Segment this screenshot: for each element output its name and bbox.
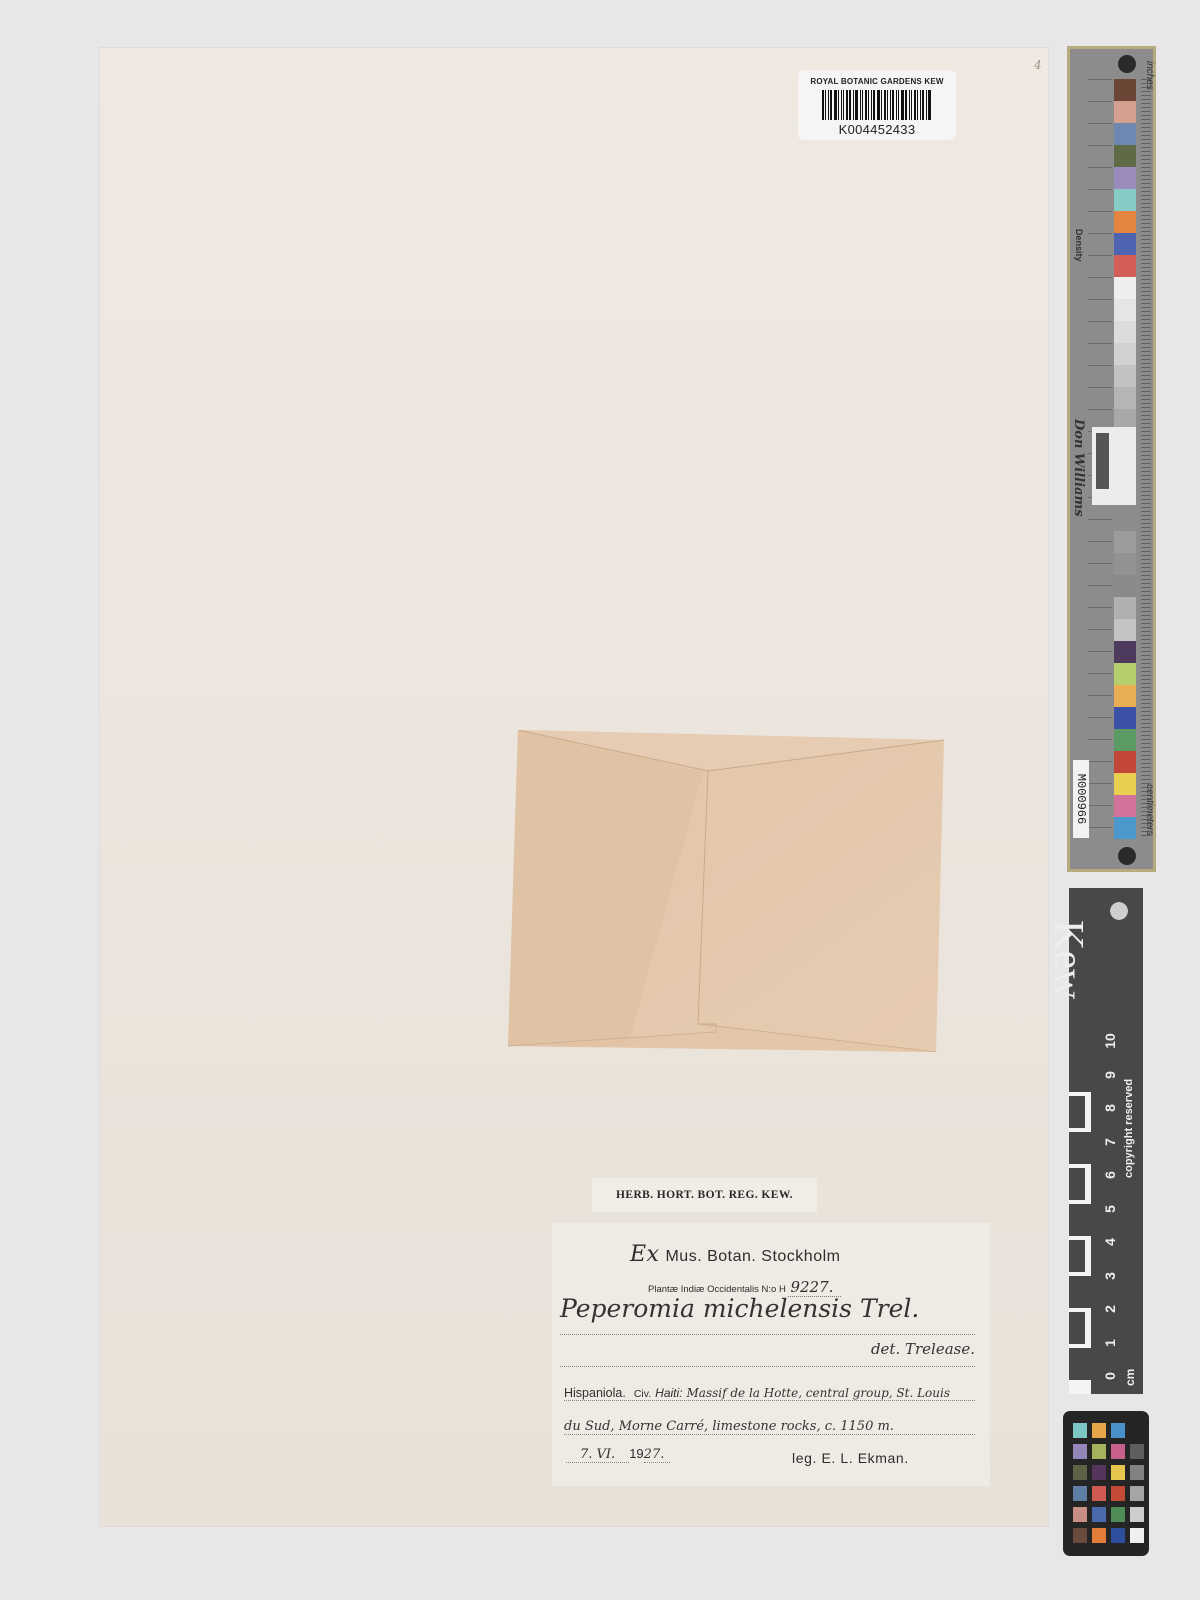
ruler-id-label: M000966 xyxy=(1073,760,1089,838)
institution-name: ROYAL BOTANIC GARDENS KEW xyxy=(810,77,943,86)
date-day-month: 7. VI. xyxy=(566,1447,629,1463)
ex-mark: Ex xyxy=(630,1242,659,1267)
checker-patch xyxy=(1130,1507,1144,1522)
checker-patch xyxy=(1092,1486,1106,1501)
colour-swatch xyxy=(1114,79,1136,101)
colour-swatch xyxy=(1114,707,1136,729)
kew-wordmark: Kew xyxy=(1047,920,1089,999)
checker-patch xyxy=(1092,1507,1106,1522)
checker-patch xyxy=(1130,1486,1144,1501)
colour-swatch xyxy=(1114,233,1136,255)
checker-patch xyxy=(1073,1486,1087,1501)
barcode-number: K004452433 xyxy=(839,122,916,137)
ruler-scale-ticks xyxy=(1141,79,1151,839)
colour-swatch xyxy=(1114,387,1136,409)
checker-patch xyxy=(1111,1465,1125,1480)
cm-label: cm xyxy=(1123,1369,1137,1386)
colour-swatch xyxy=(1114,641,1136,663)
scale-number: 7 xyxy=(1102,1131,1118,1153)
colour-swatch xyxy=(1114,167,1136,189)
scale-number: 6 xyxy=(1102,1164,1118,1186)
kew-logo-text: Kew xyxy=(1047,920,1089,999)
kew-crest-icon xyxy=(1099,896,1139,926)
species-name: Peperomia michelensis Trel. xyxy=(560,1294,975,1335)
colour-swatch xyxy=(1114,211,1136,233)
civ-label: Civ. xyxy=(634,1388,651,1400)
colour-swatch xyxy=(1114,145,1136,167)
country: Haiti: xyxy=(655,1386,682,1400)
checker-patch xyxy=(1092,1444,1106,1459)
locality-line-1: Hispaniola. Civ. Haiti: Massif de la Hot… xyxy=(564,1370,975,1401)
collection-date: 7. VI.1927. xyxy=(566,1446,670,1462)
checker-patch xyxy=(1073,1507,1087,1522)
centimeters-label: centimeters xyxy=(1144,784,1155,836)
scale-number: 4 xyxy=(1102,1231,1118,1253)
checker-patch xyxy=(1111,1486,1125,1501)
region: Hispaniola. xyxy=(564,1386,626,1400)
colour-swatch xyxy=(1114,299,1136,321)
checker-patch xyxy=(1092,1423,1106,1438)
colour-swatch xyxy=(1114,795,1136,817)
checker-patch xyxy=(1130,1423,1144,1438)
colour-swatch xyxy=(1114,255,1136,277)
colour-checker-card xyxy=(1063,1411,1149,1556)
date-year-suffix: 27. xyxy=(644,1447,671,1463)
checker-patch xyxy=(1111,1528,1125,1543)
target-card xyxy=(1092,427,1136,505)
ruler-hole-bottom-icon xyxy=(1118,847,1136,865)
scale-number: 10 xyxy=(1102,1030,1118,1052)
colour-swatch xyxy=(1114,663,1136,685)
colour-swatch xyxy=(1114,575,1136,597)
colour-calibration-ruler: inches centimeters Density Don Williams xyxy=(1067,46,1156,872)
copyright-text: copyright reserved xyxy=(1123,1079,1135,1178)
colour-swatch xyxy=(1114,277,1136,299)
checker-patch xyxy=(1130,1528,1144,1543)
scale-number: 0 xyxy=(1102,1365,1118,1387)
determiner: det. Trelease. xyxy=(560,1340,975,1367)
checker-patch xyxy=(1092,1465,1106,1480)
corner-pencil-mark: 4 xyxy=(1034,58,1042,72)
barcode-label: ROYAL BOTANIC GARDENS KEW K004452433 xyxy=(798,70,956,140)
colour-swatch xyxy=(1114,729,1136,751)
origin-line: ExMus. Botan. Stockholm xyxy=(630,1242,840,1267)
colour-swatch xyxy=(1114,773,1136,795)
locality-line-2: du Sud, Morne Carré, limestone rocks, c.… xyxy=(564,1404,975,1435)
locality-text-1: Massif de la Hotte, central group, St. L… xyxy=(687,1386,951,1400)
ruler-brand: Don Williams xyxy=(1071,419,1086,517)
colour-swatch xyxy=(1114,321,1136,343)
checker-patch xyxy=(1111,1444,1125,1459)
colour-swatch xyxy=(1114,751,1136,773)
colour-swatch xyxy=(1114,365,1136,387)
scale-number: 3 xyxy=(1102,1265,1118,1287)
collection-label: ExMus. Botan. Stockholm Plantæ Indiæ Occ… xyxy=(552,1221,990,1486)
barcode-icon xyxy=(822,90,933,120)
checker-patch xyxy=(1073,1465,1087,1480)
herbarium-stamp-label: HERB. HORT. BOT. REG. KEW. xyxy=(592,1178,817,1212)
colour-swatch xyxy=(1114,619,1136,641)
scale-ticks xyxy=(1069,1060,1091,1394)
scale-number: 5 xyxy=(1102,1198,1118,1220)
colour-swatch xyxy=(1114,343,1136,365)
colour-swatch xyxy=(1114,597,1136,619)
colour-swatch xyxy=(1114,531,1136,553)
checker-patch xyxy=(1111,1507,1125,1522)
checker-patch xyxy=(1073,1444,1087,1459)
fragment-envelope-icon xyxy=(508,730,944,1052)
checker-patch xyxy=(1073,1423,1087,1438)
colour-swatch xyxy=(1114,101,1136,123)
scale-number: 8 xyxy=(1102,1097,1118,1119)
collector: leg. E. L. Ekman. xyxy=(792,1450,909,1466)
kew-scale-bar: Kew copyright reserved cm 012345678910 xyxy=(1069,888,1143,1394)
colour-swatch xyxy=(1114,685,1136,707)
ruler-hole-top-icon xyxy=(1118,55,1136,73)
origin-institution: Mus. Botan. Stockholm xyxy=(665,1248,840,1265)
checker-patch xyxy=(1092,1528,1106,1543)
density-label: Density xyxy=(1074,229,1084,262)
ruler-id: M000966 xyxy=(1074,774,1088,824)
date-year-prefix: 19 xyxy=(629,1446,643,1461)
scale-number: 9 xyxy=(1102,1064,1118,1086)
scale-number: 1 xyxy=(1102,1332,1118,1354)
colour-swatch xyxy=(1114,817,1136,839)
colour-swatch xyxy=(1114,553,1136,575)
scale-number: 2 xyxy=(1102,1298,1118,1320)
checker-patch xyxy=(1130,1444,1144,1459)
colour-swatch xyxy=(1114,189,1136,211)
checker-patch xyxy=(1073,1528,1087,1543)
colour-swatch xyxy=(1114,123,1136,145)
inches-label: inches xyxy=(1144,61,1155,90)
checker-patch xyxy=(1111,1423,1125,1438)
checker-patch xyxy=(1130,1465,1144,1480)
